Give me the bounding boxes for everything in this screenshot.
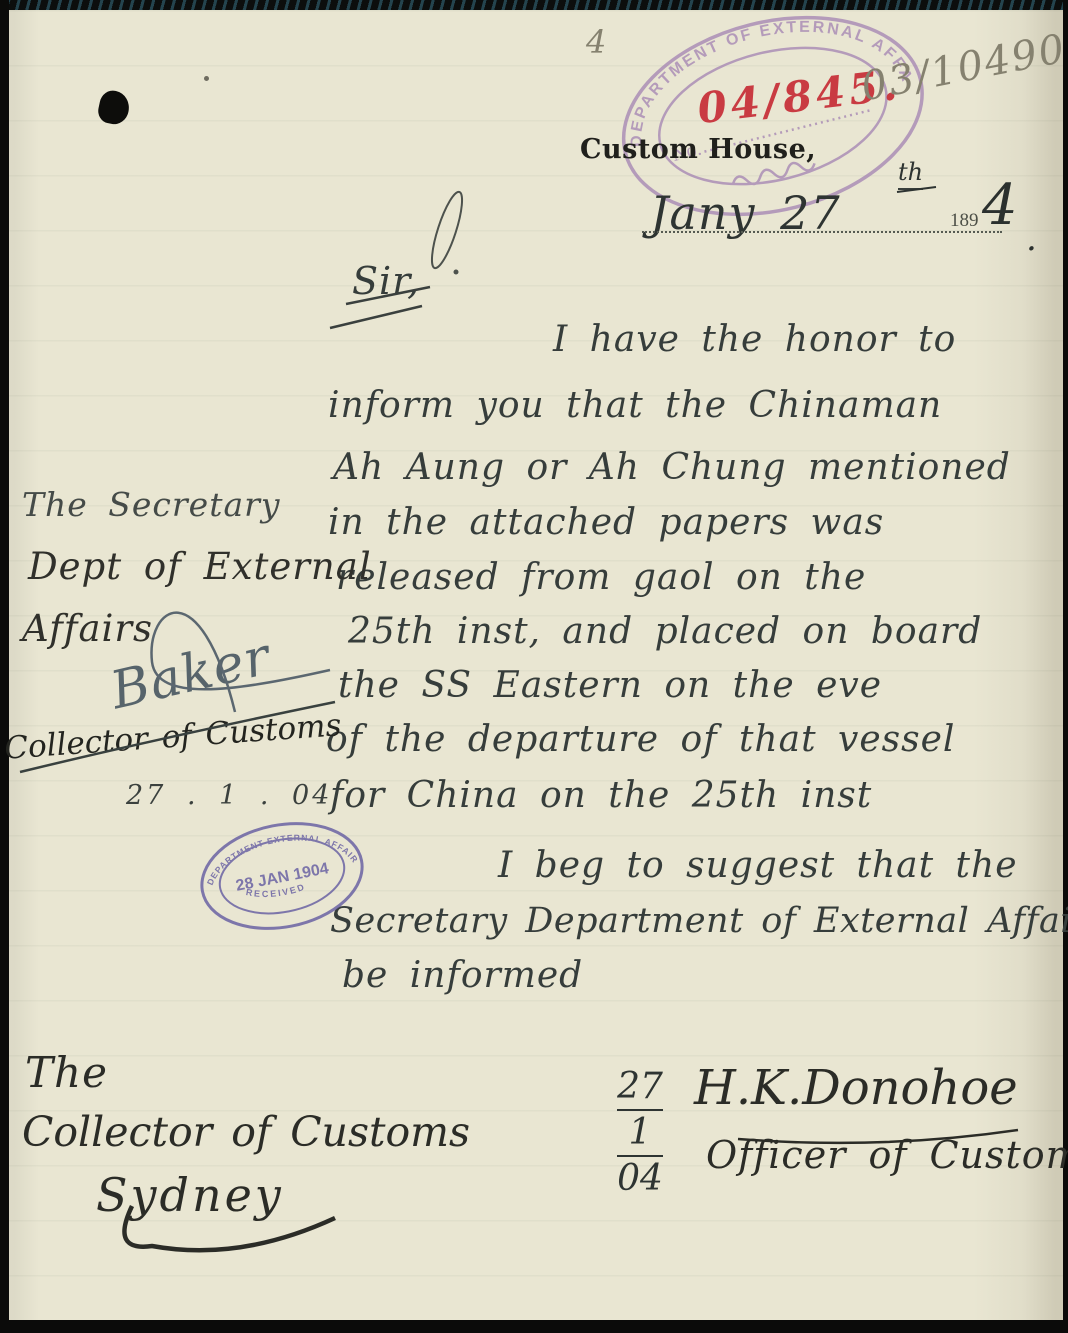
body-line: I have the honor to: [553, 322, 956, 358]
body-line: 25th inst, and placed on board: [348, 614, 982, 650]
addressee-line2: Collector of Customs: [22, 1112, 470, 1153]
closing-date-fraction: 27 1 04: [608, 1068, 672, 1197]
scan-edge-bottom: [0, 1320, 1068, 1333]
signature-name: H.K.Donohoe: [694, 1064, 1018, 1112]
body-line: of the departure of that vessel: [326, 722, 955, 758]
date-dotted-line: [642, 231, 1002, 233]
date-day: Jany 27: [650, 190, 841, 236]
closing-date-year: 04: [608, 1160, 672, 1198]
addressee-line1: The: [25, 1052, 108, 1094]
fraction-bar: [617, 1155, 663, 1157]
body-line: Ah Aung or Ah Chung mentioned: [333, 450, 1011, 486]
margin-recipient-line3: Affairs: [22, 610, 153, 647]
letterhead-office: Custom House,: [580, 134, 816, 165]
salutation: Sir,: [352, 262, 420, 300]
addressee-line3: Sydney: [96, 1172, 284, 1218]
body-line: Secretary Department of External Affairs: [330, 904, 1068, 939]
scan-edge-left: [0, 0, 9, 1333]
body-line: in the attached papers was: [328, 505, 884, 541]
margin-recipient-line1: The Secretary: [22, 488, 281, 521]
body-line: be informed: [342, 958, 583, 994]
body-line: inform you that the Chinaman: [328, 388, 942, 424]
date-written-digit: 4: [982, 178, 1019, 234]
margin-date: 27 . 1 . 04: [126, 782, 332, 809]
body-line: released from gaol on the: [336, 560, 866, 596]
date-period: .: [1026, 222, 1038, 256]
date-printed-year: 189: [950, 210, 979, 232]
closing-date-month: 1: [608, 1114, 672, 1152]
body-line: for China on the 25th inst: [330, 778, 872, 814]
margin-recipient-line2: Dept of External: [28, 548, 372, 585]
ink-speck: [204, 76, 209, 81]
document-scan: 4 DEPARTMENT OF EXTERNAL AFFAIRS No. 04/…: [0, 0, 1068, 1333]
fraction-bar: [617, 1109, 663, 1111]
date-superscript: th: [898, 158, 923, 190]
body-line: I beg to suggest that the: [498, 848, 1018, 884]
closing-date-day: 27: [608, 1068, 672, 1106]
signature-title: Officer of Customs: [706, 1136, 1068, 1174]
body-line: the SS Eastern on the eve: [338, 668, 882, 704]
